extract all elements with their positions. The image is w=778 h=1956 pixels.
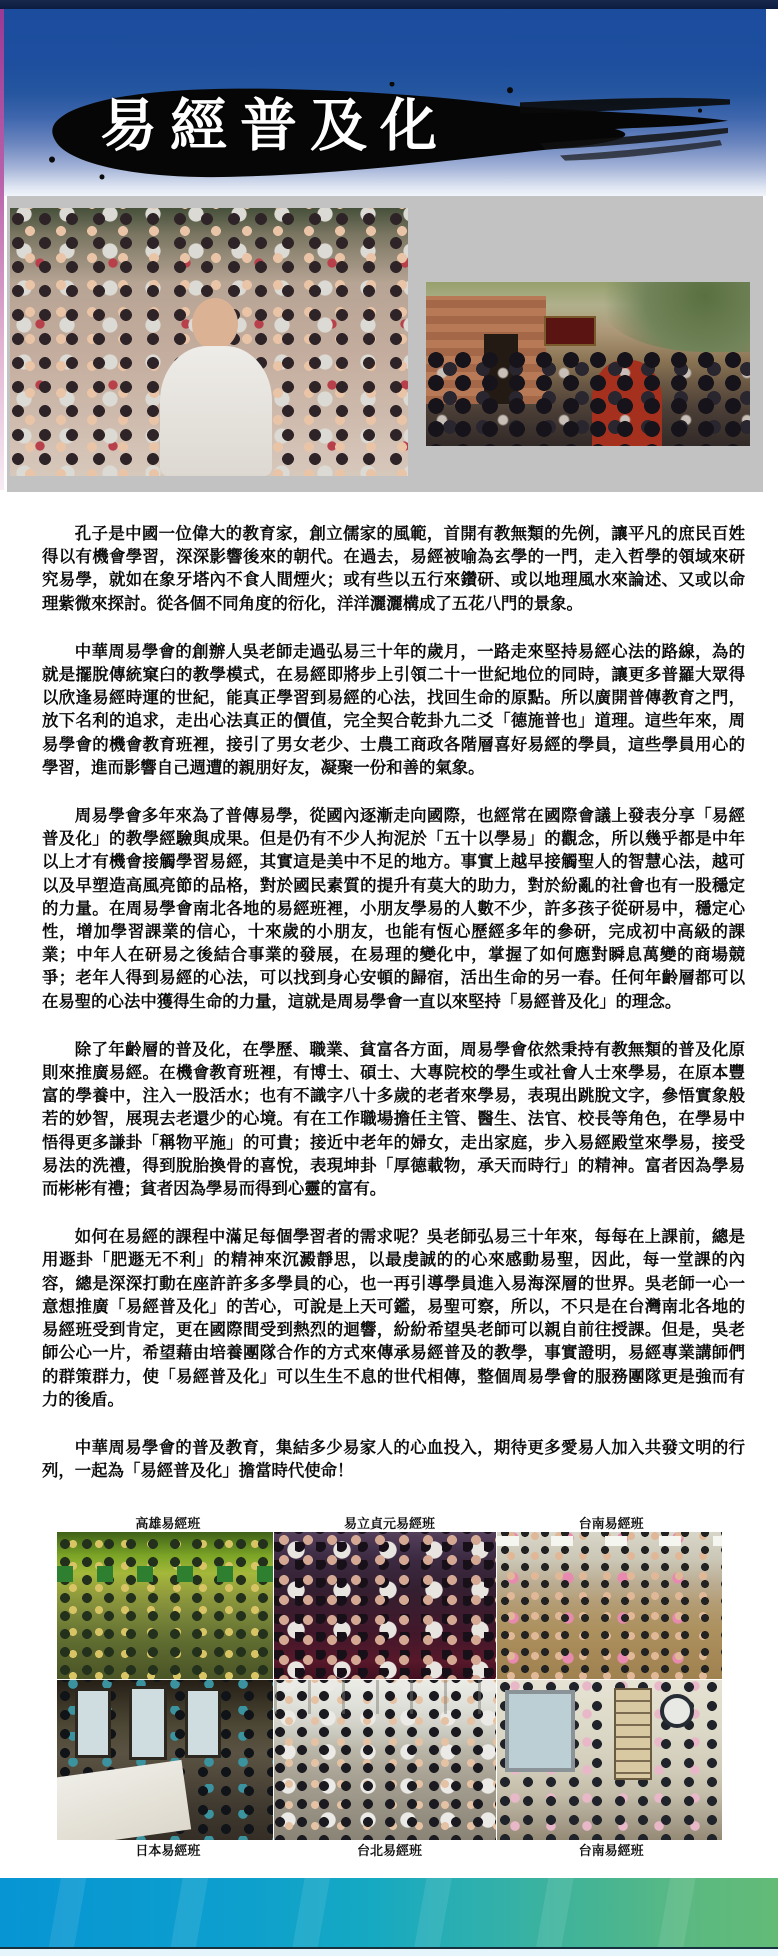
- classroom-photo-japan: [57, 1680, 273, 1840]
- classroom-photo-taipei: [274, 1680, 496, 1840]
- classroom-photo-yili-zhenyuan: [274, 1532, 496, 1679]
- left-accent-line: [0, 9, 4, 490]
- caption-taipei: 台北易經班: [279, 1840, 501, 1859]
- top-navy-bar: [0, 0, 778, 9]
- window: [505, 1690, 575, 1772]
- paragraph-2: 中華周易學會的創辦人吳老師走過弘易三十年的歲月，一路走來堅持易經心法的路線，為的…: [42, 640, 745, 779]
- hanging-scroll: [614, 1688, 652, 1780]
- class-photo-collage: 高雄易經班 易立貞元易經班 台南易經班: [57, 1513, 722, 1859]
- collage-grid: [57, 1532, 722, 1840]
- caption-tainan-top: 台南易經班: [500, 1513, 722, 1532]
- teacher-white-jacket: [160, 346, 272, 476]
- paragraph-4: 除了年齡層的普及化，在學歷、職業、貧富各方面，周易學會依然秉持有教無類的普及化原…: [42, 1038, 745, 1200]
- main-group-photo: [10, 208, 408, 476]
- doorway: [484, 334, 518, 404]
- window: [75, 1688, 111, 1758]
- brick-wall: [426, 296, 546, 404]
- collage-captions-top: 高雄易經班 易立貞元易經班 台南易經班: [57, 1513, 722, 1532]
- paragraph-5: 如何在易經的課程中滿足每個學習者的需求呢？吳老師弘易三十年來，每每在上課前，總是…: [42, 1225, 745, 1411]
- classroom-photo-kaohsiung: [57, 1532, 273, 1679]
- wall-clock-icon: [660, 1694, 694, 1728]
- collage-captions-bottom: 日本易經班 台北易經班 台南易經班: [57, 1840, 722, 1859]
- body-text: 孔子是中國一位偉大的教育家，創立儒家的風範，首開有教無類的先例，讓平凡的庶民百姓…: [42, 522, 745, 1507]
- footer-gradient-band: [0, 1878, 778, 1949]
- paragraph-6: 中華周易學會的普及教育，集結多少易家人的心血投入，期待更多愛易人加入共發文明的行…: [42, 1436, 745, 1482]
- table-cloth: [57, 1760, 191, 1840]
- caption-tainan-bottom: 台南易經班: [500, 1840, 722, 1859]
- window: [129, 1686, 167, 1760]
- page-title: 易經普及化: [100, 96, 660, 158]
- window: [185, 1688, 221, 1758]
- caption-yili-zhenyuan: 易立貞元易經班: [279, 1513, 501, 1532]
- gym-banners: [57, 1566, 273, 1582]
- poster-page: 易經普及化 孔子是中國一位偉大的教育家，創立儒家的風範，首開有教無類的先例，讓平…: [0, 0, 778, 1956]
- caption-kaohsiung: 高雄易經班: [57, 1513, 279, 1532]
- red-jacket-figure: [592, 360, 662, 446]
- tree-foliage: [600, 282, 750, 352]
- caption-japan: 日本易經班: [57, 1840, 279, 1859]
- classroom-photo-tainan-2: [497, 1680, 722, 1840]
- ceiling-beams: [274, 1680, 496, 1714]
- paragraph-1: 孔子是中國一位偉大的教育家，創立儒家的風範，首開有教無類的先例，讓平凡的庶民百姓…: [42, 522, 745, 615]
- outdoor-crowd-photo: [426, 282, 750, 446]
- ceiling-lights: [497, 1536, 722, 1546]
- classroom-photo-tainan-1: [497, 1532, 722, 1679]
- teacher-head: [192, 298, 238, 350]
- temple-plaque: [544, 316, 596, 346]
- paragraph-3: 周易學會多年來為了普傳易學，從國內逐漸走向國際，也經常在國際會議上發表分享「易經…: [42, 804, 745, 1013]
- footer-bottom-strip: [0, 1949, 778, 1956]
